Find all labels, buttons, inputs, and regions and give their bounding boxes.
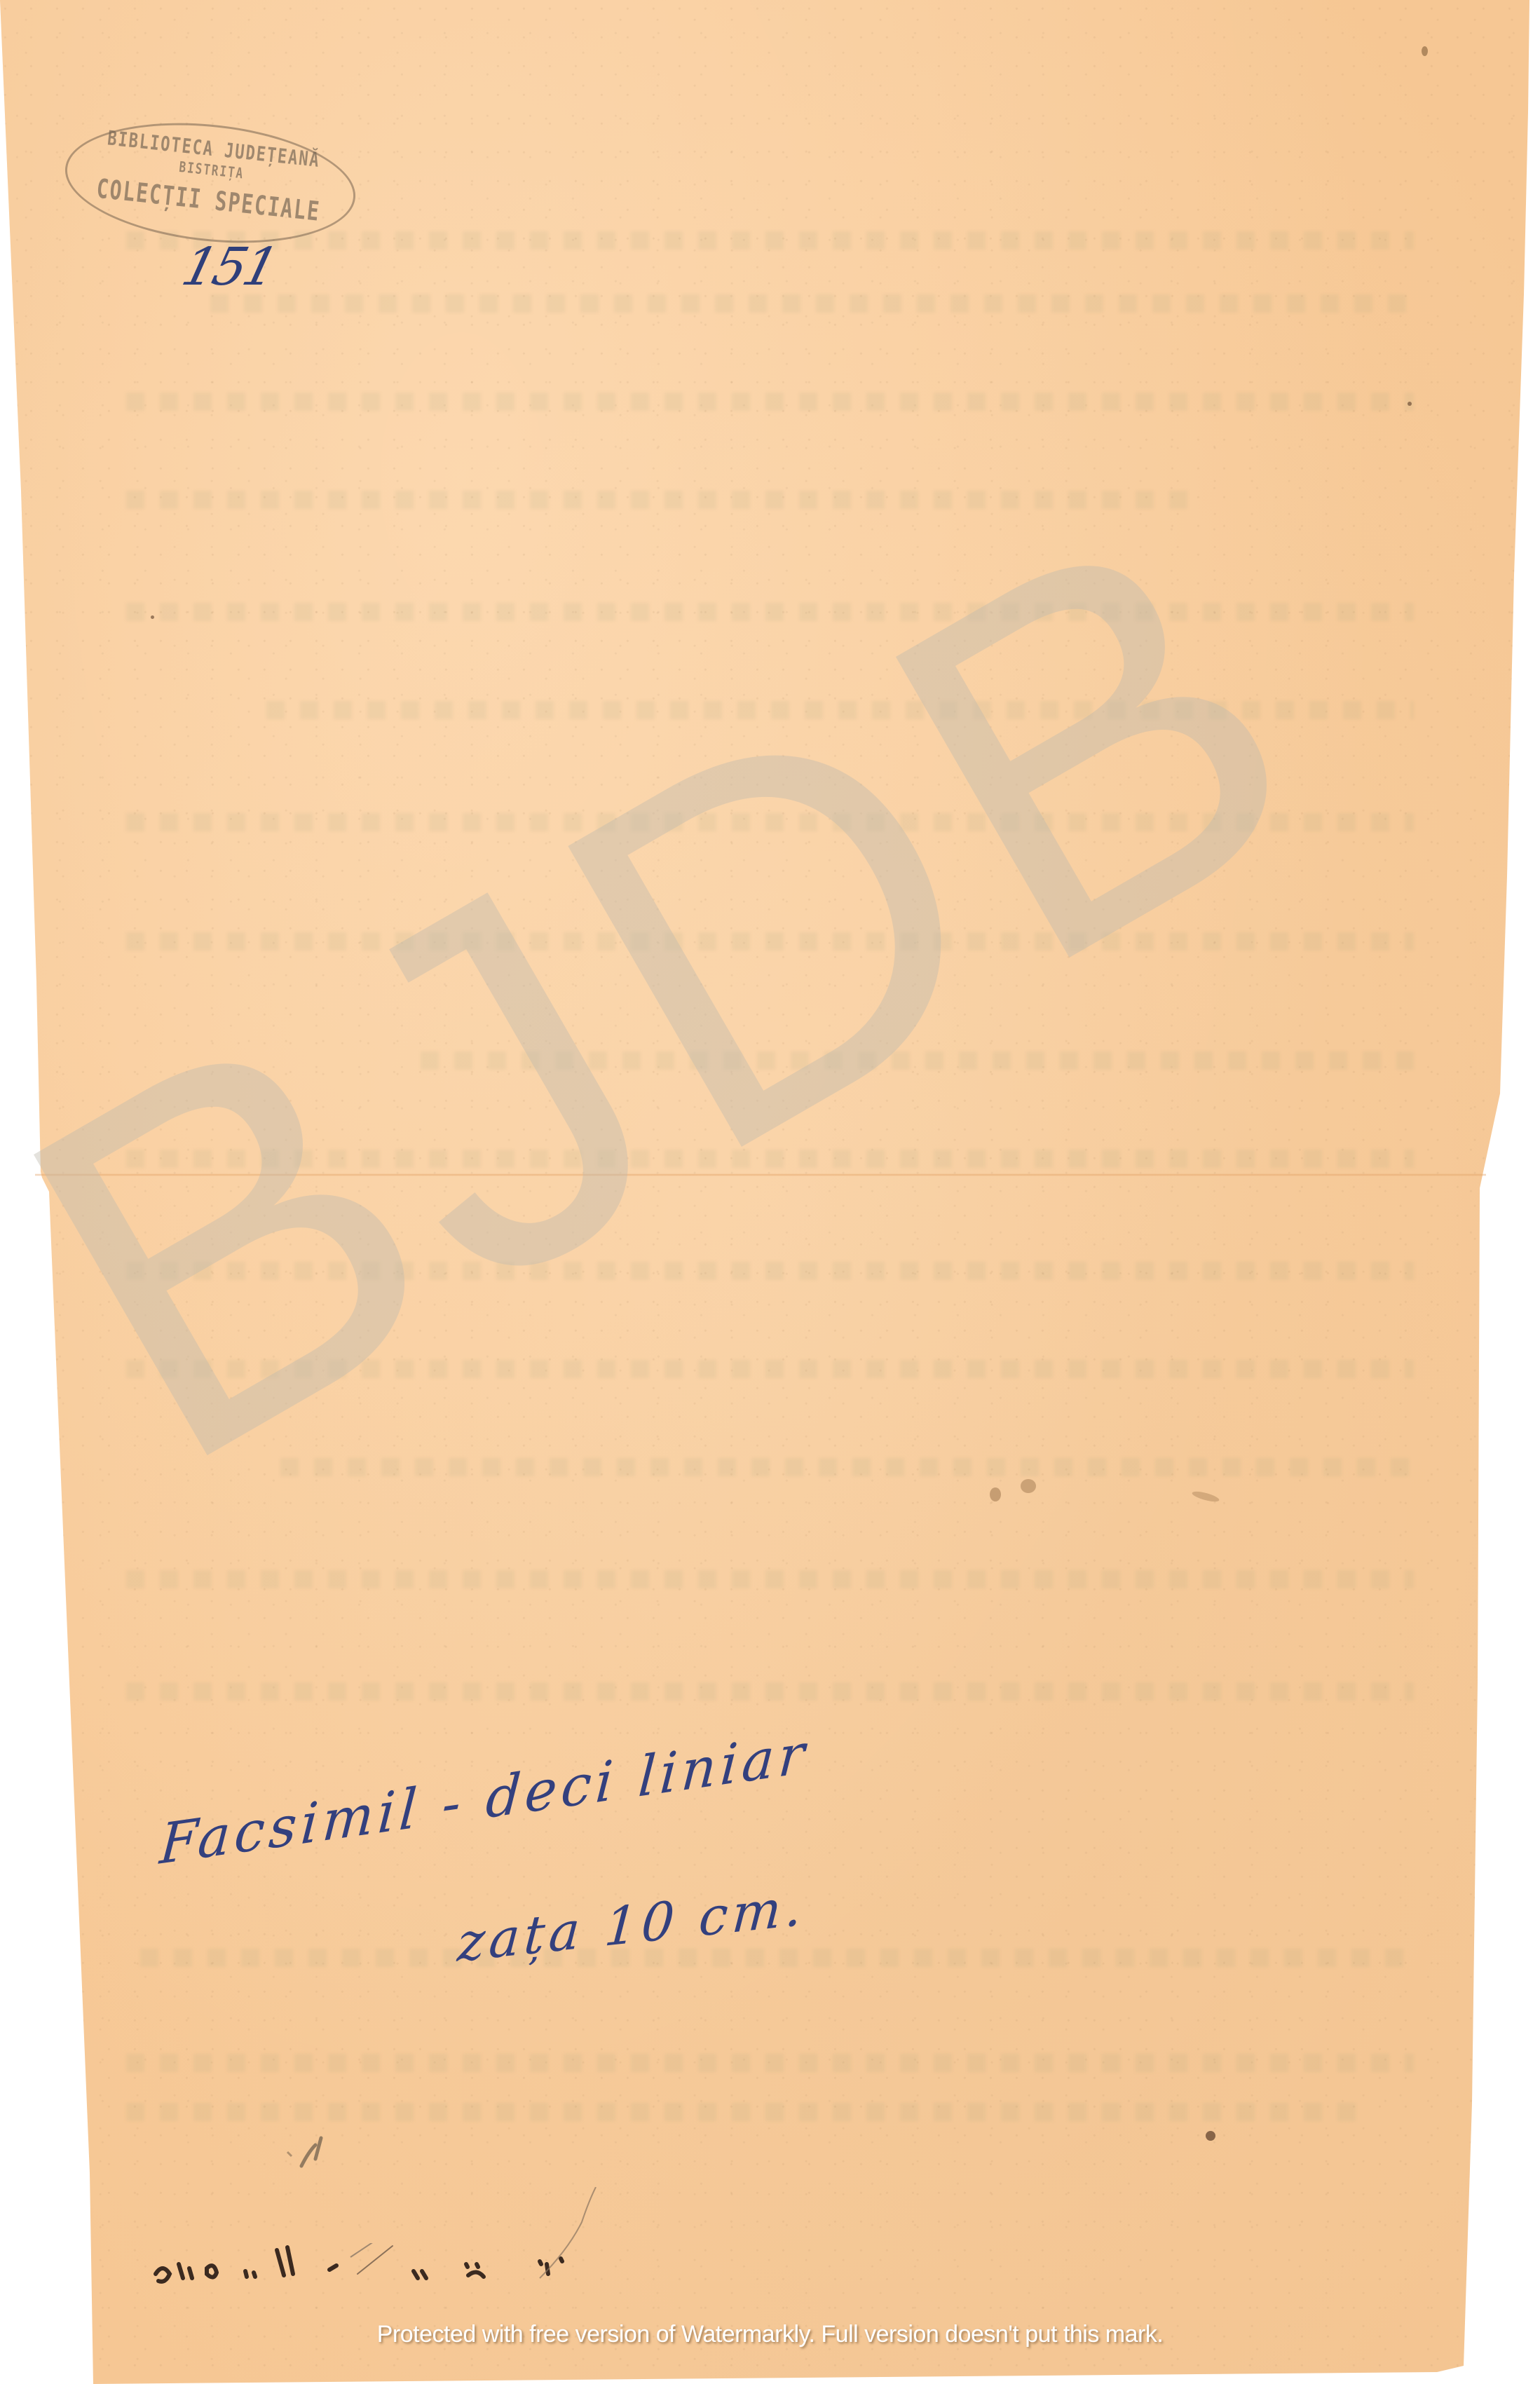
bleed-through-text [126,231,1414,250]
ink-stain [1206,2131,1215,2141]
bleed-through-text [126,1570,1414,1588]
ink-smudge [266,2131,350,2173]
ink-stain [990,1487,1001,1501]
ink-stain [151,615,154,619]
bleed-through-text [140,1949,1414,1967]
bleed-through-text [126,393,1414,411]
bleed-through-text [126,2054,1414,2072]
watermarkly-notice: Protected with free version of Watermark… [0,2321,1540,2348]
folio-number: 151 [176,237,282,297]
pencil-stroke [533,2187,617,2285]
ink-stain [1408,402,1412,406]
bleed-through-text [126,1682,1414,1701]
bleed-through-text [126,2103,1358,2121]
bleed-through-text [280,1458,1414,1476]
bleed-through-text [210,294,1414,313]
ink-stain [1021,1479,1036,1493]
ink-stain [1422,46,1428,56]
